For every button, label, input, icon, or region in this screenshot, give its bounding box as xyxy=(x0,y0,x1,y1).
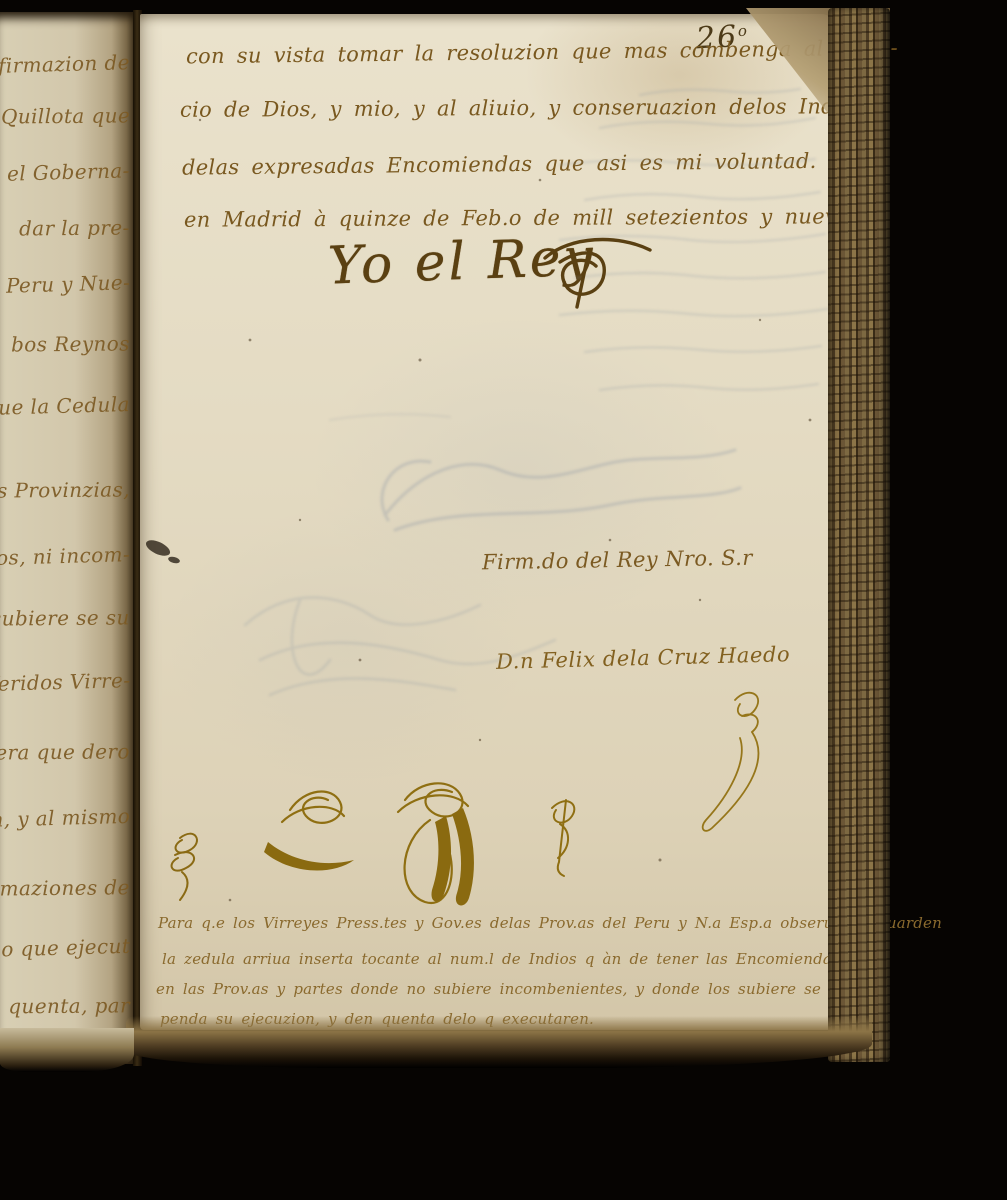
book-fore-edge xyxy=(828,8,890,1062)
left-page-text-fragment: subiere se su xyxy=(0,605,130,630)
left-page-text-fragment: en quenta, par xyxy=(0,993,130,1018)
left-page-text-fragment: el Goberna- xyxy=(7,158,130,185)
left-page-text-fragment: que la Cedula xyxy=(0,392,130,420)
book-bottom-edge xyxy=(126,1016,872,1068)
left-page-text-fragment: delo que ejecut xyxy=(0,934,130,962)
left-page-text-fragment: os, ni incom- xyxy=(0,542,130,570)
docket-line: en las Prov.as y partes donde no subiere… xyxy=(156,980,860,998)
manuscript-line: en Madrid à quinze de Feb.o de mill sete… xyxy=(184,204,857,232)
left-page-text-fragment: bos Reynos xyxy=(11,331,130,356)
left-page-text-fragment: firmaziones de xyxy=(0,875,130,900)
countersign-text: Firm.do del Rey Nro. S.r xyxy=(482,546,753,575)
left-page-text-fragment: dar la pre- xyxy=(19,216,130,241)
left-page-text-fragment: firmazion de xyxy=(0,50,130,78)
main-page: 26o con su vista tomar la resoluzion que… xyxy=(140,14,832,1030)
royal-signature: Yo el Rey xyxy=(327,227,597,296)
docket-line: Para q.e los Virreyes Press.tes y Gov.es… xyxy=(158,914,942,932)
left-page-text-fragment: feridos Virre- xyxy=(0,668,130,696)
secretary-signature: D.n Felix dela Cruz Haedo xyxy=(496,642,791,674)
docket-line: la zedula arriua inserta tocante al num.… xyxy=(162,950,840,968)
left-page-text-fragment: Quillota que xyxy=(1,103,130,128)
left-page-text-fragment: on, y al mismo xyxy=(0,804,130,832)
manuscript-line: delas expresadas Encomiendas que asi es … xyxy=(182,148,870,179)
left-page: firmazion de Quillota que el Goberna- da… xyxy=(0,12,136,1064)
left-page-text-fragment: nera que dero xyxy=(0,739,130,764)
manuscript-line: cio de Dios, y mio, y al aliuio, y conse… xyxy=(180,94,866,122)
left-page-text-fragment: Peru y Nue- xyxy=(5,270,130,297)
manuscript-photo: firmazion de Quillota que el Goberna- da… xyxy=(0,0,1007,1200)
left-page-text-fragment: s Provinzias, xyxy=(0,477,130,502)
left-page-bottom-edge xyxy=(0,1028,134,1072)
